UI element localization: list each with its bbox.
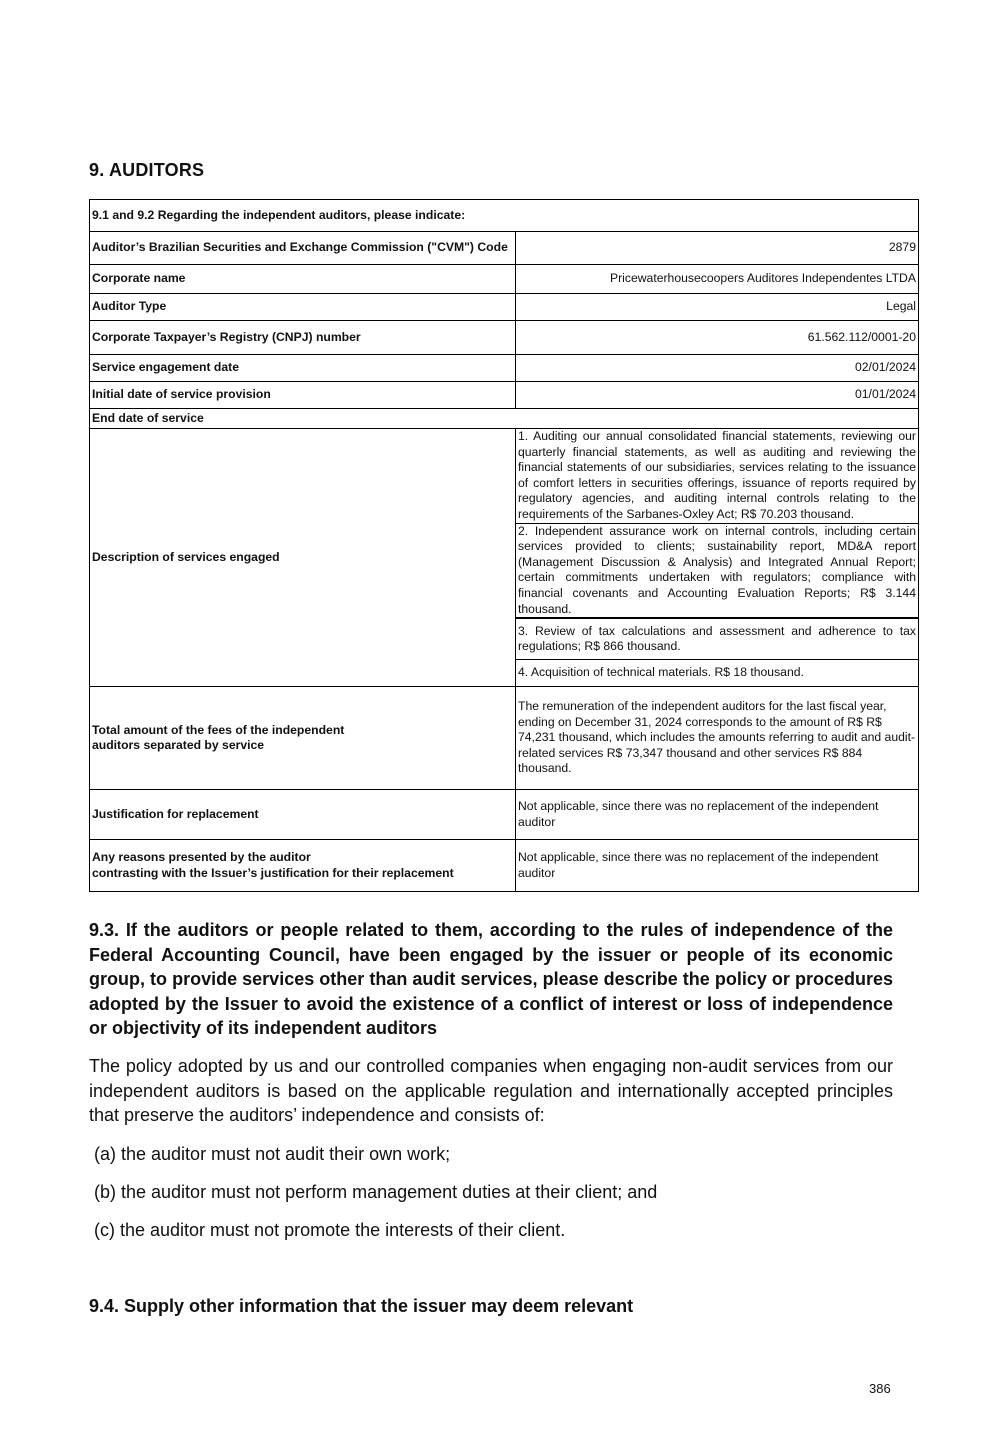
service-item-2: 2. Independent assurance work on interna… [516,523,919,618]
table-header: 9.1 and 9.2 Regarding the independent au… [90,200,919,232]
table-row: Corporate name Pricewaterhousecoopers Au… [90,265,919,294]
initial-date-label: Initial date of service provision [90,382,516,409]
table-row: Total amount of the fees of the independ… [90,687,919,790]
corporate-name-value: Pricewaterhousecoopers Auditores Indepen… [516,265,919,294]
table-header-row: 9.1 and 9.2 Regarding the independent au… [90,200,919,232]
section-title: 9. AUDITORS [89,160,204,181]
auditor-type-label: Auditor Type [90,294,516,321]
corporate-name-label: Corporate name [90,265,516,294]
end-date-label: End date of service [90,409,919,429]
table-row: End date of service [90,409,919,429]
services-label: Description of services engaged [90,429,516,687]
service-item-1: 1. Auditing our annual consolidated fina… [516,429,919,524]
replacement-value: Not applicable, since there was no repla… [516,790,919,840]
fees-label: Total amount of the fees of the independ… [90,687,516,790]
table-row: Auditor Type Legal [90,294,919,321]
cvm-code-label: Auditor’s Brazilian Securities and Excha… [90,232,516,265]
service-item-4: 4. Acquisition of technical materials. R… [516,660,919,687]
policy-item-c: (c) the auditor must not promote the int… [94,1220,565,1241]
table-row: Auditor’s Brazilian Securities and Excha… [90,232,919,265]
table-row: Corporate Taxpayer’s Registry (CNPJ) num… [90,321,919,355]
initial-date-value: 01/01/2024 [516,382,919,409]
table-row: Description of services engaged 1. Audit… [90,429,919,524]
cnpj-value: 61.562.112/0001-20 [516,321,919,355]
table-row: Service engagement date 02/01/2024 [90,355,919,382]
cvm-code-value: 2879 [516,232,919,265]
page-number: 386 [869,1381,891,1396]
table-row: Any reasons presented by the auditorcont… [90,840,919,892]
auditors-table: 9.1 and 9.2 Regarding the independent au… [89,199,919,892]
replacement-label: Justification for replacement [90,790,516,840]
cnpj-label: Corporate Taxpayer’s Registry (CNPJ) num… [90,321,516,355]
engagement-date-label: Service engagement date [90,355,516,382]
auditor-type-value: Legal [516,294,919,321]
service-item-3: 3. Review of tax calculations and assess… [516,618,919,660]
table-row: Initial date of service provision 01/01/… [90,382,919,409]
reasons-label: Any reasons presented by the auditorcont… [90,840,516,892]
section-9-4-heading: 9.4. Supply other information that the i… [89,1296,633,1317]
table-row: Justification for replacement Not applic… [90,790,919,840]
section-9-3-heading: 9.3. If the auditors or people related t… [89,918,893,1041]
section-9-3-paragraph: The policy adopted by us and our control… [89,1054,893,1128]
policy-item-b: (b) the auditor must not perform managem… [94,1182,657,1203]
policy-item-a: (a) the auditor must not audit their own… [94,1144,450,1165]
fees-value: The remuneration of the independent audi… [516,687,919,790]
engagement-date-value: 02/01/2024 [516,355,919,382]
reasons-value: Not applicable, since there was no repla… [516,840,919,892]
